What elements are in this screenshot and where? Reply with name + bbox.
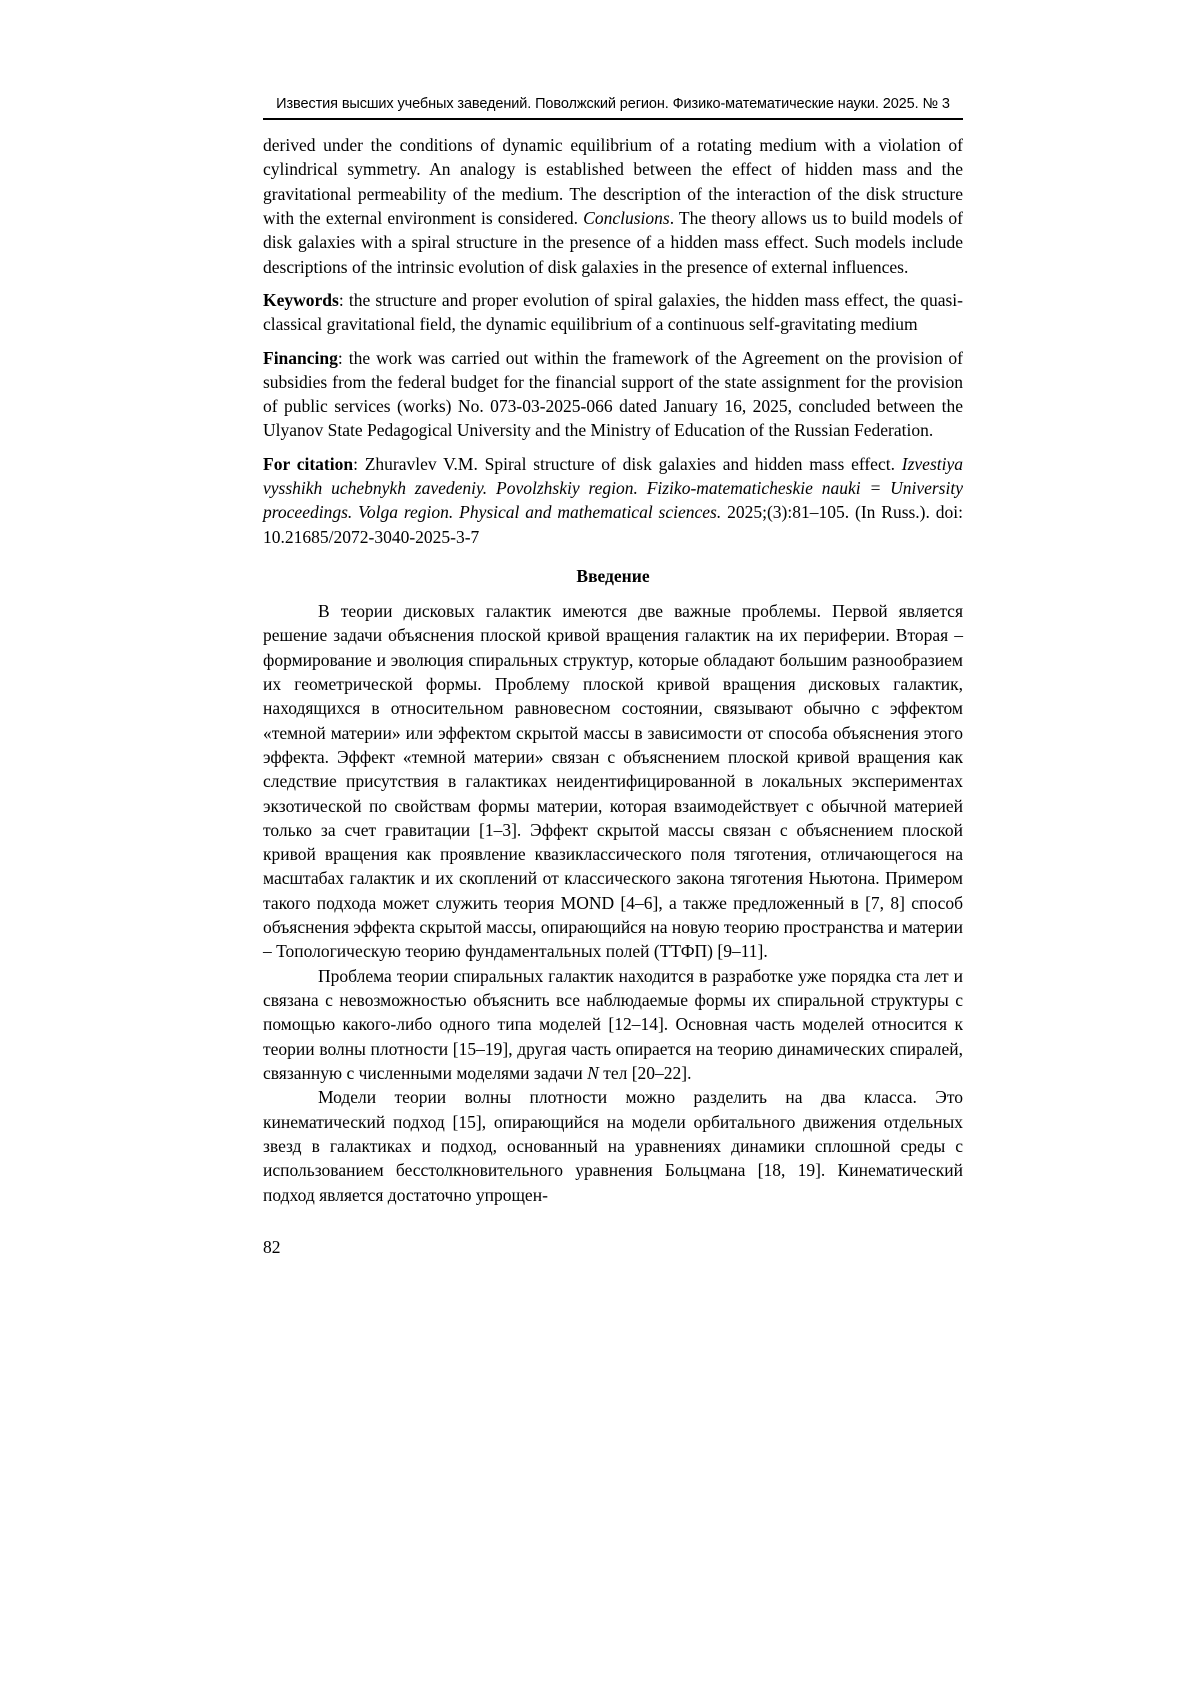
introduction-paragraph-1: В теории дисковых галактик имеются две в… xyxy=(263,599,963,964)
abstract-paragraph: derived under the conditions of dynamic … xyxy=(263,133,963,279)
page-number: 82 xyxy=(263,1237,963,1258)
running-header: Известия высших учебных заведений. Повол… xyxy=(263,96,963,120)
journal-header-text: Известия высших учебных заведений. Повол… xyxy=(276,96,950,112)
keywords-paragraph: Keywords: the structure and proper evolu… xyxy=(263,288,963,337)
citation-label: For citation xyxy=(263,454,353,474)
keywords-text: : the structure and proper evolution of … xyxy=(263,290,963,334)
financing-label: Financing xyxy=(263,348,338,368)
abstract-conclusions-label: Conclusions xyxy=(583,208,670,228)
citation-text: : Zhuravlev V.M. Spiral structure of dis… xyxy=(353,454,902,474)
introduction-paragraph-3: Модели теории волны плотности можно разд… xyxy=(263,1085,963,1207)
paragraph-2-text-after: тел [20–22]. xyxy=(599,1063,692,1083)
citation-paragraph: For citation: Zhuravlev V.M. Spiral stru… xyxy=(263,452,963,549)
document-page: Известия высших учебных заведений. Повол… xyxy=(0,0,1200,1698)
keywords-label: Keywords xyxy=(263,290,339,310)
introduction-paragraph-2: Проблема теории спиральных галактик нахо… xyxy=(263,964,963,1086)
page-content: Известия высших учебных заведений. Повол… xyxy=(263,96,963,1258)
financing-text: : the work was carried out within the fr… xyxy=(263,348,963,441)
n-body-symbol: N xyxy=(587,1063,599,1083)
financing-paragraph: Financing: the work was carried out with… xyxy=(263,346,963,443)
section-heading-introduction: Введение xyxy=(263,566,963,587)
